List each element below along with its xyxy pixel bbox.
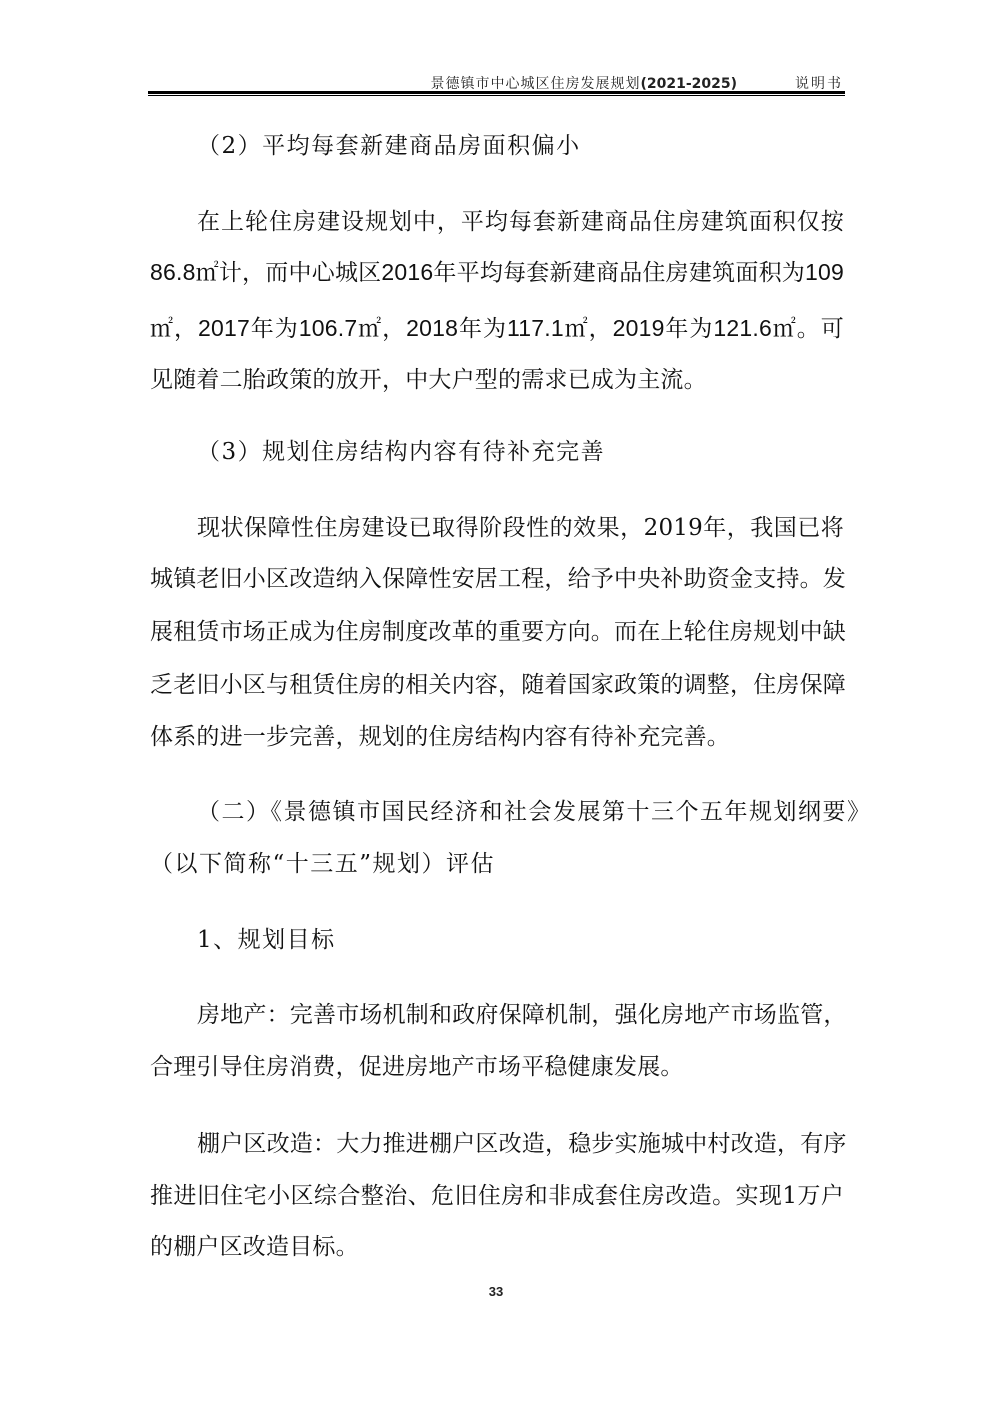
subsection-heading-2: （2）平均每套新建商品房面积偏小 [197, 131, 844, 161]
paragraph-line: ㎡，2017年为106.7㎡，2018年为117.1㎡，2019年为121.6㎡… [150, 313, 844, 343]
paragraph-line: 86.8㎡计，而中心城区2016年平均每套新建商品住房建筑面积为109 [150, 257, 844, 287]
subheading-planning-goals: 1、规划目标 [197, 925, 844, 955]
paragraph-line: 见随着二胎政策的放开，中大户型的需求已成为主流。 [150, 365, 844, 395]
paragraph-line: 棚户区改造：大力推进棚户区改造，稳步实施城中村改造，有序 [197, 1129, 844, 1159]
paragraph-line: 现状保障性住房建设已取得阶段性的效果，2019年，我国已将 [197, 513, 844, 543]
subsection-heading-3: （3）规划住房结构内容有待补充完善 [197, 437, 844, 467]
section-heading: （二）《景德镇市国民经济和社会发展第十三个五年规划纲要》 [197, 797, 844, 827]
header-rule-thin [148, 95, 845, 96]
document-title: 景德镇市中心城区住房发展规划(2021-2025) [430, 73, 737, 93]
header-rule-thick [148, 91, 845, 94]
page-header: 景德镇市中心城区住房发展规划(2021-2025) 说明书 [148, 70, 845, 92]
paragraph-line: 乏老旧小区与租赁住房的相关内容，随着国家政策的调整，住房保障 [150, 670, 844, 700]
paragraph-line: 的棚户区改造目标。 [150, 1232, 844, 1262]
page-number: 33 [0, 1284, 992, 1299]
document-section-label: 说明书 [795, 73, 843, 93]
document-title-text: 景德镇市中心城区住房发展规划 [430, 76, 640, 92]
section-heading-continued: （以下简称“十三五”规划）评估 [150, 849, 844, 879]
paragraph-line: 展租赁市场正成为住房制度改革的重要方向。而在上轮住房规划中缺 [150, 617, 844, 647]
paragraph-line: 体系的进一步完善，规划的住房结构内容有待补充完善。 [150, 722, 844, 752]
paragraph-line: 推进旧住宅小区综合整治、危旧住房和非成套住房改造。实现1万户 [150, 1181, 844, 1211]
paragraph-line: 在上轮住房建设规划中，平均每套新建商品住房建筑面积仅按 [197, 207, 844, 237]
paragraph-line: 合理引导住房消费，促进房地产市场平稳健康发展。 [150, 1052, 844, 1082]
paragraph-line: 城镇老旧小区改造纳入保障性安居工程，给予中央补助资金支持。发 [150, 564, 844, 594]
paragraph-line: 房地产：完善市场机制和政府保障机制，强化房地产市场监管， [197, 1000, 844, 1030]
document-title-years: (2021-2025) [640, 76, 737, 92]
